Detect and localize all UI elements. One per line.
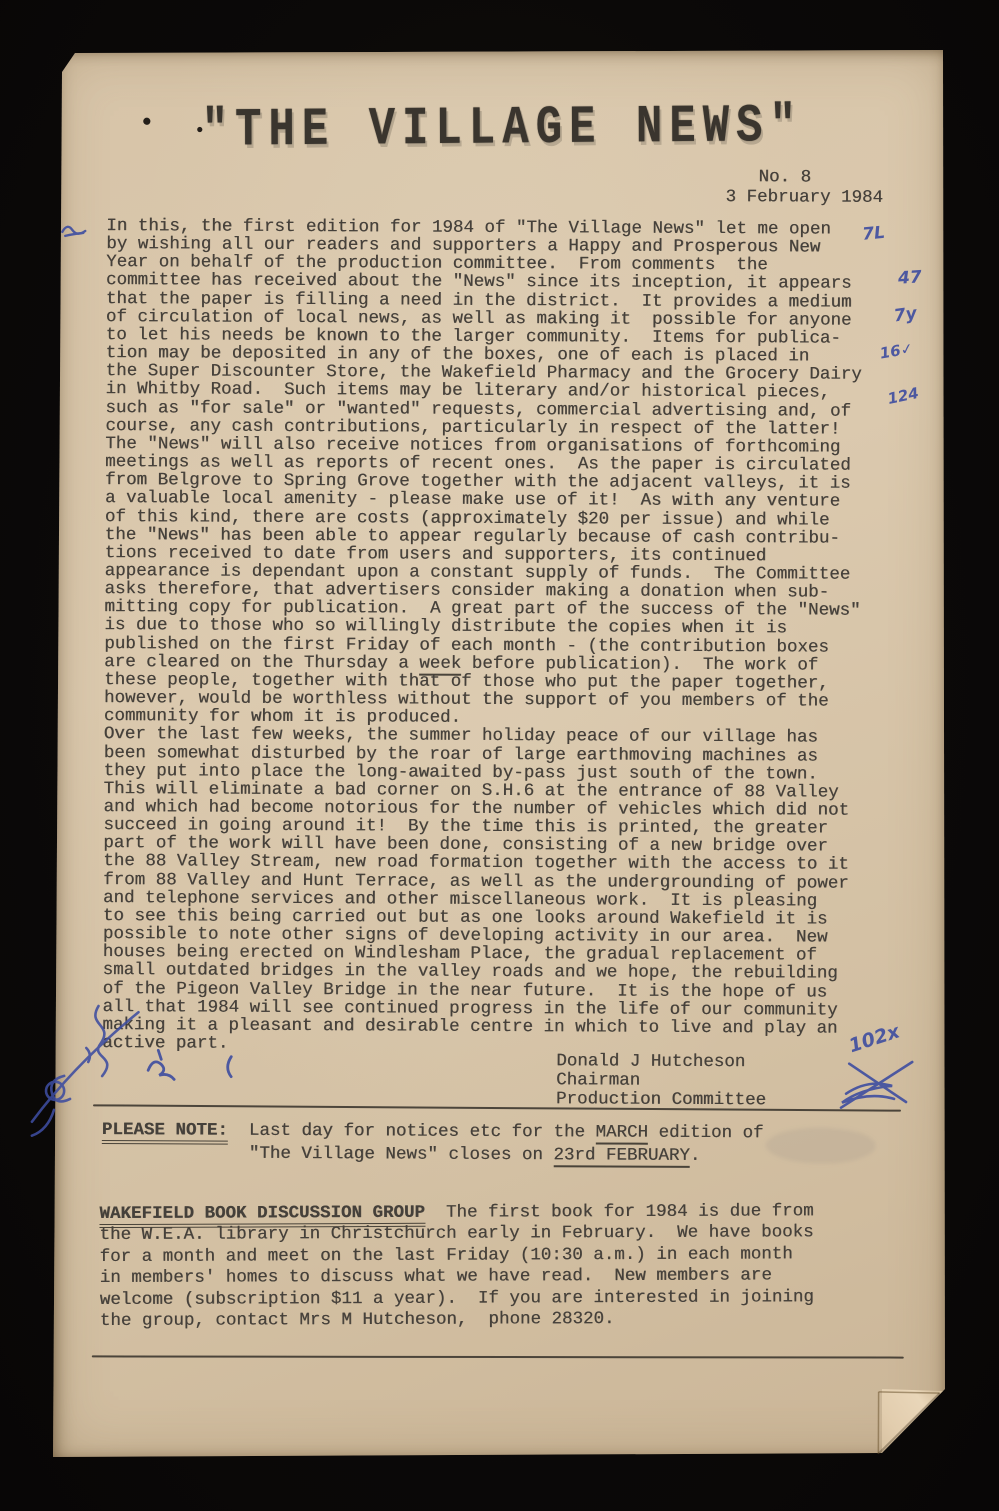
article-text-after: before publication). The work of these p… <box>102 654 849 1054</box>
book-group-section: WAKEFIELD BOOK DISCUSSION GROUP The firs… <box>99 1201 907 1333</box>
page-title: "THE VILLAGE NEWS" <box>3 95 999 164</box>
issue-number: No. 8 <box>726 167 884 188</box>
article-body: In this, the first edition for 1984 of "… <box>102 217 901 1056</box>
scanned-newsletter-page: "THE VILLAGE NEWS" No. 83 February 1984 … <box>0 0 999 1511</box>
pen-scribble-center <box>148 1050 231 1079</box>
fold-crease-lines <box>878 1392 939 1454</box>
pen-scribble-left-margin <box>62 227 85 236</box>
divider-line-top <box>93 1104 901 1111</box>
pen-scribble-signature <box>841 1062 912 1108</box>
notice-month-underlined: MARCH <box>595 1122 648 1144</box>
article-text-before: In this, the first edition for 1984 of "… <box>104 216 862 673</box>
faint-ink-smudge <box>766 1127 876 1164</box>
notice-text-3: . <box>690 1146 701 1166</box>
notice-text-1: Last day for notices etc for the <box>228 1121 596 1143</box>
notice-date-underlined: 23rd FEBRUARY <box>553 1145 690 1168</box>
pen-mark-2: 47 <box>897 267 922 288</box>
divider-line-bottom <box>92 1355 904 1358</box>
notice-label: PLEASE NOTE: <box>102 1120 228 1145</box>
pen-mark-3: 7y <box>893 304 918 327</box>
page-content: "THE VILLAGE NEWS" No. 83 February 1984 … <box>0 0 999 1511</box>
issue-date: 3 February 1984 <box>725 187 883 208</box>
pen-mark-1: 7L <box>861 223 886 245</box>
issue-block: No. 83 February 1984 <box>725 167 883 208</box>
signature-block: Donald J Hutcheson Chairman Production C… <box>556 1052 766 1110</box>
